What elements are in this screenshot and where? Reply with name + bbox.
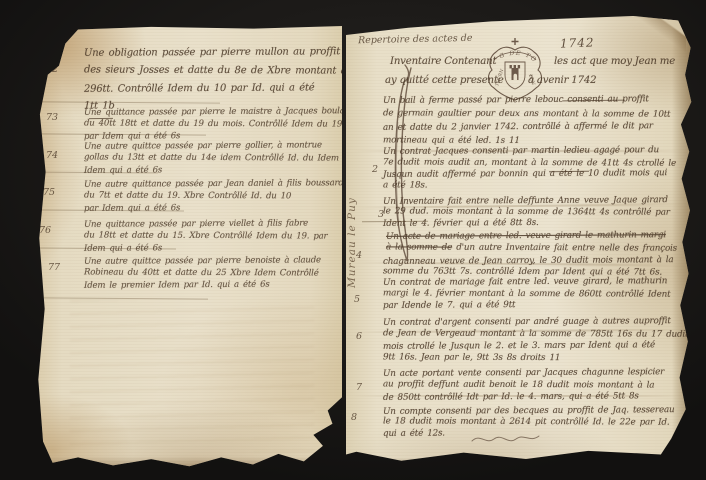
entry-margin-number: 2: [372, 164, 378, 175]
entry-line: 296tt. Contrôllé Idem du 10 par Id. qui …: [84, 79, 342, 99]
manuscript-scan: 72 73 74 75 76 77 Une obligation passée …: [0, 0, 706, 480]
register-entry: Un contrat de mariage fait entre led. ve…: [383, 277, 675, 312]
entry-line: à la somme de d'un autre Inventaire fait…: [386, 241, 678, 254]
register-entry: Une autre quittance passée par Jean dani…: [84, 178, 342, 214]
register-entry: Un contrat d'argent consenti par andré g…: [383, 316, 675, 364]
entry-margin-number: 74: [46, 150, 58, 161]
entry-margin-number: 7: [356, 382, 362, 393]
entry-line: Une obligation passée par pierre mullon …: [84, 43, 342, 63]
entry-margin-number: 6: [356, 331, 362, 342]
entry-line: de 850tt contrôllé Idt par Id. le 4. mar…: [383, 390, 675, 404]
entry-line: Un bail à ferme passé par pierre lebouc …: [383, 93, 675, 108]
cancelled-entry: Un acte de mariage entre led. veuve gira…: [386, 230, 678, 254]
register-entry: Un contrat Jacques consenti par martin l…: [383, 146, 675, 192]
register-entry: chagunneau veuve de Jean carroy, le 30 d…: [383, 256, 675, 278]
page-title: Repertoire des actes de: [358, 33, 473, 46]
entry-line: Un contrat Jacques consenti par martin l…: [383, 145, 675, 158]
entry-line: an et datte du 2 janvier 1742. contrôllé…: [383, 120, 675, 135]
intro-line-segment: Inventaire Contenant: [390, 56, 496, 67]
left-page: 72 73 74 75 76 77 Une obligation passée …: [24, 26, 342, 468]
entry-margin-number: 73: [46, 112, 58, 123]
register-entry: Un acte portant vente consenti par Jacqu…: [383, 367, 675, 403]
end-flourish-stroke: [470, 430, 542, 448]
register-entry: Une autre quittce passée par pierre goll…: [84, 140, 342, 176]
entry-line: par Idende le 7. qui a été 9tt: [383, 299, 675, 312]
register-entry: Une quittance passée par pierre le maist…: [84, 106, 342, 142]
intro-line-segment: les act que moy Jean me: [554, 56, 675, 67]
entry-line: Idem qui a été 6s: [84, 241, 342, 255]
intro-line-segment: ay quitté cette presente: [385, 75, 504, 86]
entry-margin-number: 75: [43, 187, 55, 198]
entry-line-segment: d'un autre Inventaire fait entre nelle d…: [452, 243, 677, 254]
entry-margin-number: 5: [354, 294, 360, 305]
entry-line: par Idem qui a été 6s: [84, 201, 342, 215]
entry-margin-number: 8: [351, 412, 357, 423]
entry-line: des sieurs Josses et datte du 8e de Xbre…: [84, 61, 342, 80]
entry-line: Idem le premier Idem par Id. qui a été 6…: [84, 278, 342, 292]
register-entry: Un bail à ferme passé par pierre lebouc …: [383, 94, 675, 148]
entry-line: a été 18s.: [383, 180, 675, 193]
entry-margin-number: 4: [356, 250, 362, 261]
register-entry: Une quittance passée par pierre viellet …: [84, 218, 342, 254]
left-page-bottom-edge: [24, 456, 342, 468]
struck-segment: à la somme de: [386, 242, 452, 252]
right-page: Repertoire des actes de 1742 G DE TOVRS …: [346, 16, 692, 468]
entry-line: 9tt 16s. Jean par le, 9tt 3s 8s droits 1…: [383, 351, 675, 364]
ink-bleedthrough-texture: [70, 300, 314, 452]
entry-line: Idem qui a été 6s: [84, 163, 342, 177]
entry-line: Ident le 4. février qui a été 8tt 8s.: [383, 217, 675, 230]
year-heading: 1742: [560, 35, 595, 50]
register-entry: Une autre quittce passée par pierre beno…: [84, 255, 342, 291]
entry-margin-number: 72: [46, 64, 58, 75]
entry-line: Jusqun audit affermé par bonnin qui a ét…: [383, 168, 675, 181]
entry-margin-number: 76: [39, 225, 51, 236]
intro-line-segment: à avenir 1742: [528, 75, 596, 86]
register-entry: Un Inventaire fait entre nelle deffunte …: [383, 196, 675, 228]
entry-margin-number: 77: [48, 262, 60, 273]
entry-line: Un contrat de mariage fait entre led. ve…: [383, 276, 675, 289]
right-page-bottom-edge: [346, 458, 692, 468]
